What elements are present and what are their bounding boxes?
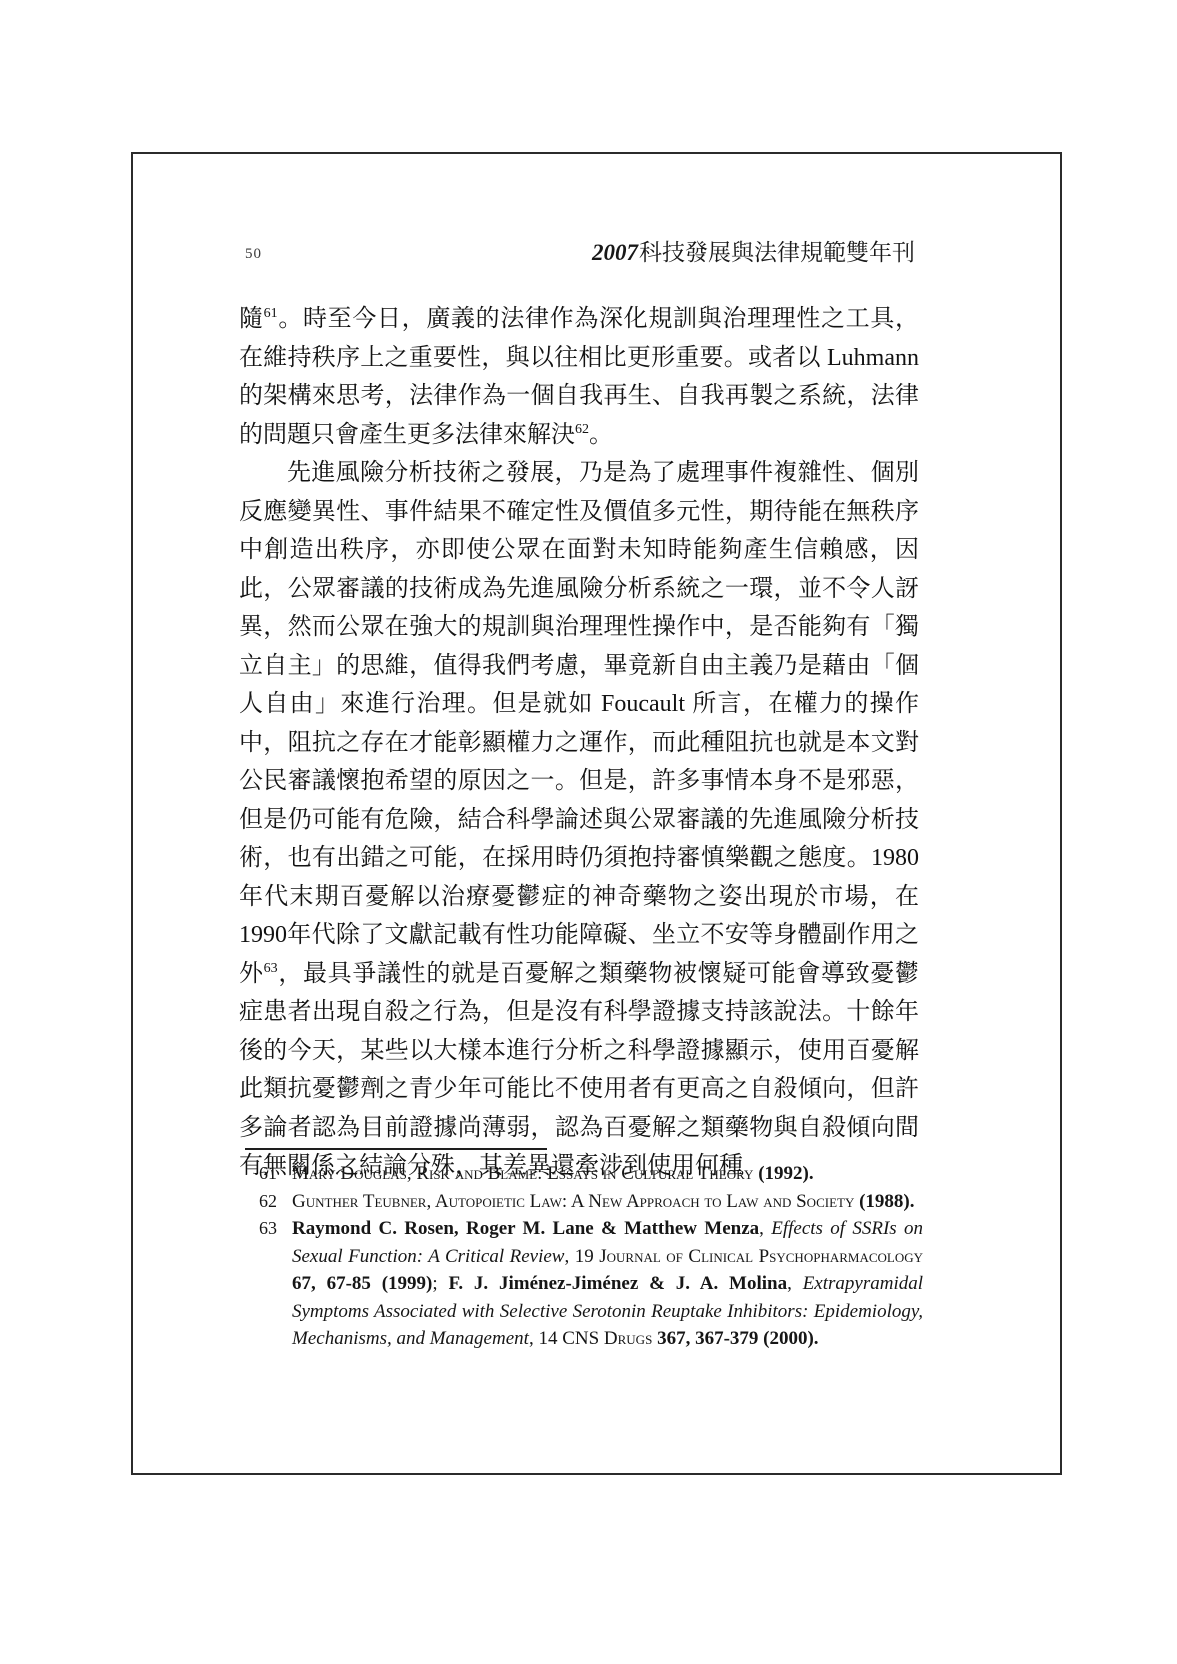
text-run: , 19 xyxy=(564,1246,599,1267)
text-run: (1992). xyxy=(753,1163,813,1184)
footnote-separator xyxy=(245,1148,547,1150)
text-run: 67, 67-85 (1999) xyxy=(292,1273,432,1294)
footnote-item: 62Gunther Teubner, Autopoietic Law: A Ne… xyxy=(245,1188,923,1216)
text-run: 先進風險分析技術之發展，乃是為了處理事件複雜性、個別反應變異性、事件結果不確定性… xyxy=(239,460,919,987)
text-run: 。 xyxy=(589,422,613,448)
text-run: , xyxy=(787,1273,803,1294)
page-frame: 50 2007科技發展與法律規範雙年刊 隨61。時至今日，廣義的法律作為深化規訓… xyxy=(131,152,1062,1475)
footnote-text: Gunther Teubner, Autopoietic Law: A New … xyxy=(292,1188,923,1216)
scanned-document-canvas: 50 2007科技發展與法律規範雙年刊 隨61。時至今日，廣義的法律作為深化規訓… xyxy=(0,0,1177,1664)
text-run: Mary Douglas, Risk and Blame: Essays in … xyxy=(292,1163,753,1184)
body-text: 隨61。時至今日，廣義的法律作為深化規訓與治理理性之工具，在維持秩序上之重要性，… xyxy=(239,300,919,1186)
footnotes: 61Mary Douglas, Risk and Blame: Essays i… xyxy=(245,1160,923,1353)
footnote-item: 63Raymond C. Rosen, Roger M. Lane & Matt… xyxy=(245,1215,923,1353)
footnote-text: Mary Douglas, Risk and Blame: Essays in … xyxy=(292,1160,923,1188)
text-run: (1988). xyxy=(854,1191,914,1212)
journal-header-year: 2007 xyxy=(592,240,638,265)
text-run: , xyxy=(759,1218,771,1239)
footnote-number: 63 xyxy=(245,1215,292,1353)
paragraph: 先進風險分析技術之發展，乃是為了處理事件複雜性、個別反應變異性、事件結果不確定性… xyxy=(239,454,919,1186)
footnote-number: 61 xyxy=(245,1160,292,1188)
page-number: 50 xyxy=(245,246,262,263)
journal-header-title: 科技發展與法律規範雙年刊 xyxy=(639,240,915,265)
text-run: 367, 367-379 (2000). xyxy=(652,1328,818,1349)
text-run: Drugs xyxy=(604,1328,652,1349)
text-run: , 14 CNS xyxy=(529,1328,604,1349)
text-run: F. J. Jiménez-Jiménez & J. A. Molina xyxy=(448,1273,787,1294)
text-run: ; xyxy=(432,1273,448,1294)
footnote-reference: 63 xyxy=(264,961,278,976)
text-run: Journal of Clinical Psychopharmacology xyxy=(599,1246,923,1267)
text-run: Raymond C. Rosen, Roger M. Lane & Matthe… xyxy=(292,1218,759,1239)
journal-header: 2007科技發展與法律規範雙年刊 xyxy=(592,234,915,267)
text-run: ，最具爭議性的就是百憂解之類藥物被懷疑可能會導致憂鬱症患者出現自殺之行為，但是沒… xyxy=(239,961,919,1180)
footnote-reference: 61 xyxy=(264,306,278,321)
text-run: 隨 xyxy=(239,306,264,332)
footnote-item: 61Mary Douglas, Risk and Blame: Essays i… xyxy=(245,1160,923,1188)
footnote-text: Raymond C. Rosen, Roger M. Lane & Matthe… xyxy=(292,1215,923,1353)
footnote-reference: 62 xyxy=(575,422,589,437)
paragraph: 隨61。時至今日，廣義的法律作為深化規訓與治理理性之工具，在維持秩序上之重要性，… xyxy=(239,300,919,454)
text-run: Gunther Teubner, Autopoietic Law: A New … xyxy=(292,1191,854,1212)
footnote-number: 62 xyxy=(245,1188,292,1216)
